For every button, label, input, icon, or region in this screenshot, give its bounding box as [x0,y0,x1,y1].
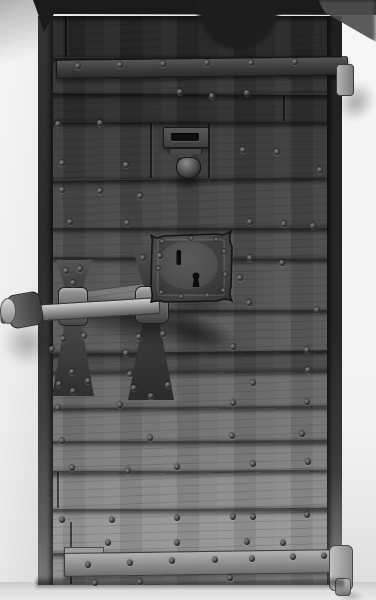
nail-stud [124,220,130,226]
hatch-knob [176,157,201,179]
nail-stud [136,334,142,340]
nail-stud [250,380,256,386]
nail-stud [117,62,123,68]
nail-stud [229,433,235,439]
nail-stud [321,553,327,559]
hatch-slot [171,133,199,141]
nail-stud [230,400,236,406]
nail-stud [85,562,91,568]
nail-stud [246,300,252,306]
door-plank [53,93,327,122]
nail-stud [69,465,75,471]
door-bottom-shadow [36,576,344,589]
nail-stud [49,346,55,352]
nail-stud [212,557,218,563]
latch-bar-end-tip [0,298,16,324]
nail-stud [59,438,65,444]
nail-stud [81,333,87,339]
nail-stud [174,540,180,546]
nail-stud [56,381,62,387]
nail-stud [131,385,137,391]
nail-stud [165,382,171,388]
nail-stud [75,63,81,69]
nail-stud [92,580,98,586]
nail-stud [69,369,75,375]
nail-stud [209,93,215,99]
nail-stud [174,464,180,470]
nail-stud [174,515,180,521]
nail-stud [97,188,103,194]
nail-stud [127,560,133,566]
lock-plate-sheen [158,241,218,289]
nail-stud [157,253,163,259]
photo-old-wooden-door [0,0,376,600]
nail-stud [109,517,115,523]
nail-stud [60,336,66,342]
nail-stud [250,514,256,520]
plank-joint [57,472,59,508]
nail-stud [304,399,310,405]
bottom-knuckle-shadow [338,592,364,600]
nail-stud [250,461,256,467]
nail-stud [140,255,146,261]
nail-stud [317,167,323,173]
nail-stud [230,514,236,520]
nail-stud [137,193,143,199]
bottom-hinge-strap [64,549,345,577]
nail-stud [248,60,254,66]
door-plank [53,470,327,511]
plank-joint [283,95,285,121]
wall-left-shadow [0,0,40,95]
lock-plate [150,229,233,303]
nail-stud [147,435,153,441]
nail-stud [304,512,310,518]
nail-stud [237,275,243,281]
plank-joint [150,123,152,178]
nail-stud [70,280,76,286]
door-plank [53,16,327,57]
nail-stud [247,219,253,225]
nail-stud [123,162,129,168]
nail-stud [70,388,76,394]
nail-stud [125,468,131,474]
nail-stud [67,219,73,225]
nail-stud [305,459,311,465]
top-hinge-strap [56,56,348,79]
door-plank [53,370,327,408]
nail-stud [247,255,253,261]
nail-stud [123,350,129,356]
nail-stud [281,221,287,227]
nail-stud [97,120,103,126]
nail-stud [105,540,111,546]
door-plank [53,406,327,442]
nail-stud [148,393,154,399]
nail-stud [290,554,296,560]
nail-stud [299,431,305,437]
nail-stud [230,344,236,350]
nail-stud [305,367,311,373]
nail-stud [63,268,69,274]
nail-stud [227,575,233,581]
nail-stud [240,147,246,153]
nail-stud [249,556,255,562]
door-plank [53,441,327,471]
lock-slot [177,250,182,265]
nail-stud [59,160,65,166]
nail-stud [137,579,143,585]
nail-stud [59,517,65,523]
nail-stud [59,187,65,193]
nail-stud [169,558,175,564]
nail-stud [55,121,61,127]
nail-stud [292,59,298,65]
nail-stud [127,371,133,377]
nail-stud [280,540,286,546]
nail-stud [160,61,166,67]
nail-stud [314,307,320,313]
top-hinge-pintle [336,64,354,96]
nail-stud [274,149,280,155]
nail-stud [304,347,310,353]
nail-stud [204,60,210,66]
nail-stud [279,260,285,266]
nail-stud [310,223,316,229]
plank-joint [65,18,67,57]
nail-stud [117,402,123,408]
nail-stud [77,266,83,272]
nail-stud [244,539,250,545]
nail-stud [85,378,91,384]
nail-stud [160,331,166,337]
nail-stud [55,405,61,411]
nail-stud [177,89,183,95]
nail-stud [244,90,250,96]
